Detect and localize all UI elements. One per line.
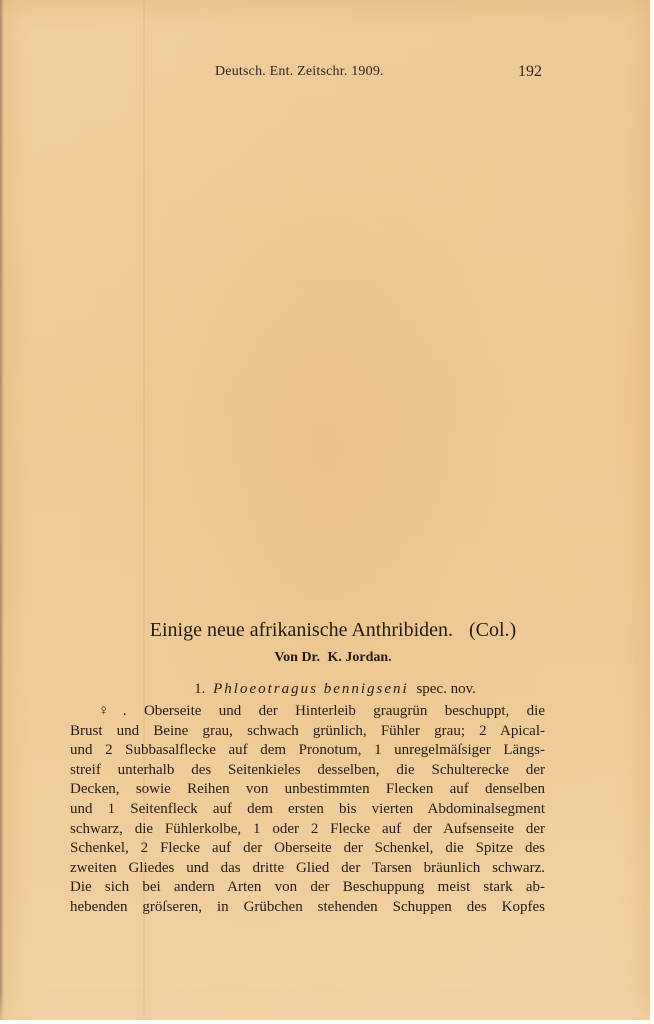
- text-line: hebenden gröſseren, in Grübchen stehende…: [70, 898, 545, 918]
- text-line: und 2 Subbasalflecke auf dem Pronotum, 1…: [70, 741, 545, 761]
- species-heading: 1. Phloeotragus bennigseni spec. nov.: [0, 681, 654, 698]
- text-line: schwarz, die Fühlerkolbe, 1 oder 2 Fleck…: [70, 820, 545, 840]
- text-line: Die sich bei andern Arten von der Beschu…: [70, 878, 545, 898]
- page-edge-shadow: [0, 0, 4, 1020]
- paper-bottom-edge: [0, 992, 650, 1020]
- text-line: Decken, sowie Reihen von unbestimmten Fl…: [70, 780, 545, 800]
- article-title-tag: (Col.): [469, 619, 516, 641]
- text-line: zweiten Gliedes und das dritte Glied der…: [70, 859, 545, 879]
- text-line: streif unterhalb des Seitenkieles dessel…: [70, 761, 545, 781]
- author-prefix: Von Dr.: [274, 650, 320, 665]
- author-line: Von Dr. K. Jordan.: [0, 650, 654, 666]
- page-number: 192: [518, 63, 542, 81]
- article-title-text: Einige neue afrikanische Anthribiden.: [150, 619, 453, 641]
- text-line: ♀. Oberseite und der Hinterleib graugrün…: [70, 702, 545, 722]
- text-line: Brust und Beine grau, schwach grünlich, …: [70, 722, 545, 742]
- species-description: ♀. Oberseite und der Hinterleib graugrün…: [70, 702, 545, 918]
- species-scientific-name: Phloeotragus bennigseni: [213, 681, 409, 697]
- article-title: Einige neue afrikanische Anthribiden.(Co…: [0, 619, 654, 642]
- text-line: und 1 Seitenfleck auf dem ersten bis vie…: [70, 800, 545, 820]
- document-page: Deutsch. Ent. Zeitschr. 1909. 192 Einige…: [0, 0, 650, 1020]
- text-line: Schenkel, 2 Flecke auf der Oberseite der…: [70, 839, 545, 859]
- author-name: K. Jordan.: [327, 650, 391, 665]
- species-number: 1.: [194, 681, 205, 697]
- running-head: Deutsch. Ent. Zeitschr. 1909.: [215, 64, 384, 80]
- species-designation: spec. nov.: [416, 681, 475, 697]
